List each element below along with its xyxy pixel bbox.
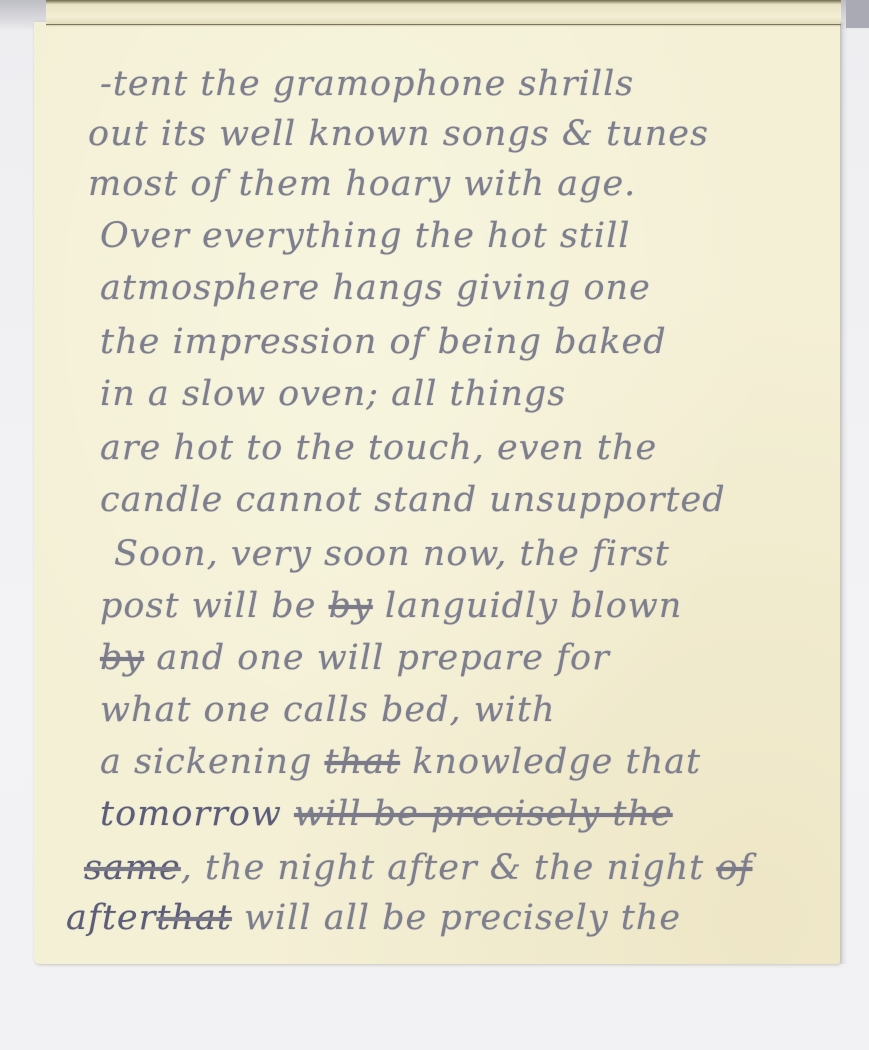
struck-text: by	[329, 586, 373, 626]
line-text: post will be	[100, 586, 316, 626]
struck-text: that	[325, 742, 401, 782]
line-text: out its well known songs & tunes	[88, 114, 709, 154]
manuscript-line-12: by and one will prepare for	[100, 632, 610, 684]
manuscript-line-15: tomorrow will be precisely the	[100, 788, 673, 840]
struck-text: will be precisely the	[294, 794, 673, 834]
line-text: what one calls bed, with	[100, 690, 555, 730]
line-text: the impression of being baked	[100, 322, 667, 362]
line-text: after	[66, 898, 156, 938]
manuscript-line-7: in a slow oven; all things	[100, 368, 566, 420]
manuscript-line-2: out its well known songs & tunes	[88, 108, 709, 160]
struck-text: that	[156, 898, 232, 938]
manuscript-line-5: atmosphere hangs giving one	[100, 262, 651, 314]
manuscript-line-14: a sickening that knowledge that	[100, 736, 701, 788]
line-text: languidly blown	[385, 586, 682, 626]
manuscript-line-11: post will be by languidly blown	[100, 580, 682, 632]
line-text: and one will prepare for	[156, 638, 610, 678]
manuscript-line-8: are hot to the touch, even the	[100, 422, 657, 474]
manuscript-line-16: same, the night after & the night of	[84, 842, 752, 894]
line-text: knowledge that	[412, 742, 701, 782]
manuscript-line-9: candle cannot stand unsupported	[100, 474, 726, 526]
line-text: a sickening	[100, 742, 312, 782]
notebook-binding	[46, 0, 841, 25]
line-text: most of them hoary with age.	[88, 164, 636, 204]
binding-fold-shadow	[46, 24, 841, 27]
struck-text: same	[84, 848, 181, 888]
line-text: are hot to the touch, even the	[100, 428, 657, 468]
line-text: , the night after & the night	[181, 848, 705, 888]
line-text: -tent the gramophone shrills	[100, 64, 634, 104]
manuscript-line-1: -tent the gramophone shrills	[100, 58, 634, 110]
manuscript-line-4: Over everything the hot still	[100, 210, 630, 262]
line-text: Over everything the hot still	[100, 216, 630, 256]
line-text: candle cannot stand unsupported	[100, 480, 726, 520]
line-text: Soon, very soon now, the first	[114, 534, 670, 574]
struck-text: of	[716, 848, 752, 888]
scan-corner	[846, 0, 869, 28]
page-edge-shadow	[840, 22, 848, 964]
line-text: tomorrow	[100, 794, 282, 834]
manuscript-line-6: the impression of being baked	[100, 316, 667, 368]
line-text: will all be precisely the	[244, 898, 681, 938]
struck-text: by	[100, 638, 144, 678]
manuscript-line-3: most of them hoary with age.	[88, 158, 636, 210]
line-text: in a slow oven; all things	[100, 374, 566, 414]
line-text: atmosphere hangs giving one	[100, 268, 651, 308]
manuscript-line-17: afterthat will all be precisely the	[66, 892, 681, 944]
manuscript-line-10: Soon, very soon now, the first	[114, 528, 670, 580]
manuscript-line-13: what one calls bed, with	[100, 684, 555, 736]
